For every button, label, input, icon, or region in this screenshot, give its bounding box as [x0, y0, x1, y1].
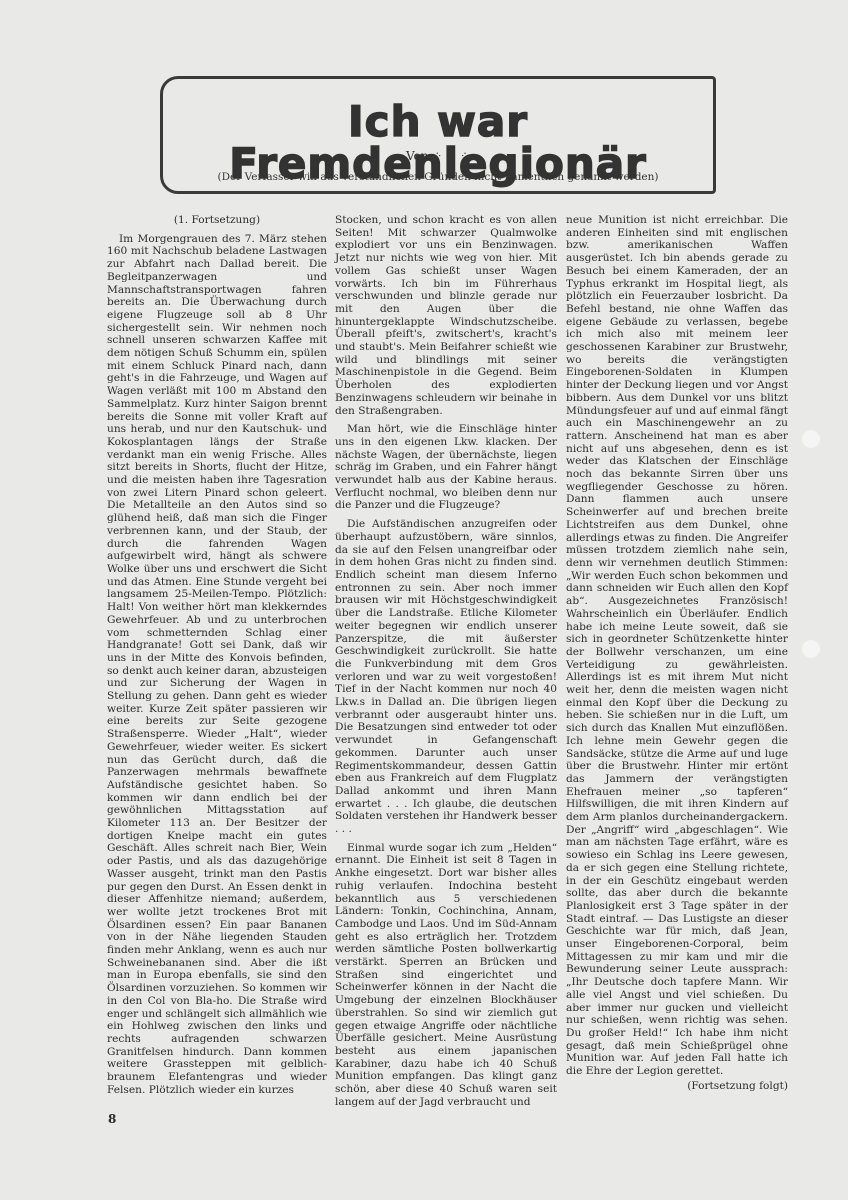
punch-hole [802, 430, 820, 448]
paragraph: Stocken, und schon kracht es von allen S… [335, 214, 557, 417]
paragraph: Einmal wurde sogar ich zum „Helden“ erna… [335, 842, 557, 1109]
article-column-1: (1. Fortsetzung) Im Morgengrauen des 7. … [107, 214, 327, 1103]
page-number: 8 [108, 1112, 116, 1126]
magazine-page: Ich war Fremdenlegionär Von ⁘ ⁘ ⁘ (Der V… [0, 0, 848, 1200]
paragraph: Die Aufständischen anzugreifen oder über… [335, 518, 557, 836]
author-note: (Der Verfasser will aus verständlichen G… [163, 171, 713, 183]
punch-hole [802, 640, 820, 658]
paragraph: Im Morgengrauen des 7. März stehen 160 m… [107, 233, 327, 1097]
to-be-continued: (Fortsetzung folgt) [566, 1080, 788, 1093]
article-column-3: neue Munition ist nicht erreichbar. Die … [566, 214, 788, 1099]
continuation-label: (1. Fortsetzung) [107, 214, 327, 227]
paragraph: neue Munition ist nicht erreichbar. Die … [566, 214, 788, 1078]
paragraph: Man hört, wie die Einschläge hinter uns … [335, 423, 557, 512]
article-column-2: Stocken, und schon kracht es von allen S… [335, 214, 557, 1115]
byline: Von ⁘ ⁘ ⁘ [163, 149, 713, 163]
title-frame: Ich war Fremdenlegionär Von ⁘ ⁘ ⁘ (Der V… [160, 76, 716, 194]
